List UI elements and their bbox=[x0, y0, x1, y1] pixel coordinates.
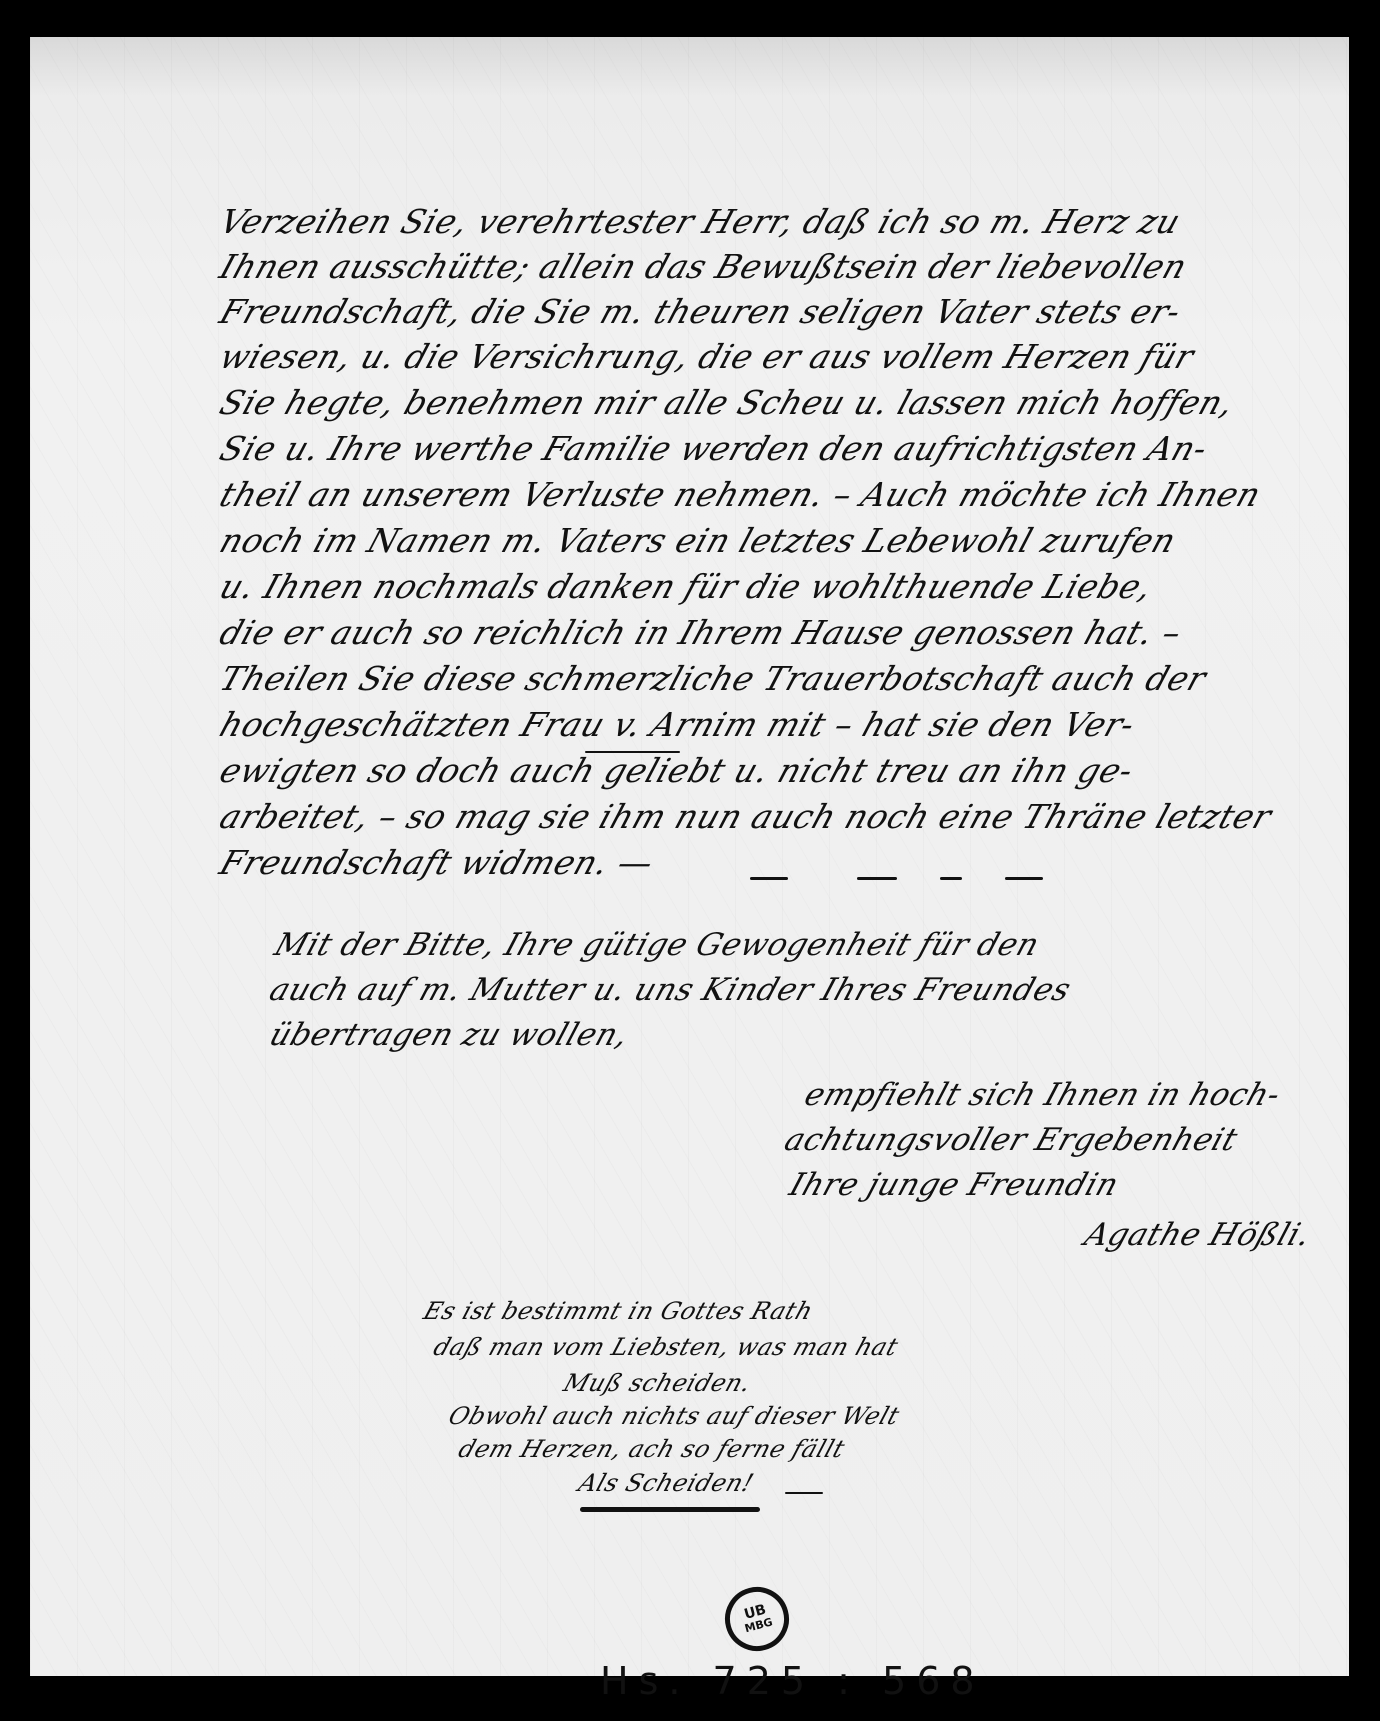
shelfmark: Hs. 725 : 568 bbox=[600, 1659, 985, 1703]
signature-line: empfiehlt sich Ihnen in hoch- bbox=[800, 1077, 1285, 1113]
letter-page: Verzeihen Sie, verehrtester Herr, daß ic… bbox=[30, 37, 1349, 1676]
underline-arnim bbox=[585, 751, 680, 753]
body-line: ewigten so doch auch geliebt u. nicht tr… bbox=[215, 751, 1139, 790]
poem-line: Es ist bestimmt in Gottes Rath bbox=[420, 1297, 817, 1325]
body-line: wiesen, u. die Versichrung, die er aus v… bbox=[215, 337, 1199, 376]
poem-line: Muß scheiden. bbox=[560, 1369, 755, 1397]
dash bbox=[785, 1492, 823, 1494]
signature-line: achtungsvoller Ergebenheit bbox=[780, 1122, 1242, 1158]
poem-line: Obwohl auch nichts auf dieser Welt bbox=[445, 1402, 903, 1430]
body-line: Freundschaft, die Sie m. theuren seligen… bbox=[215, 292, 1186, 331]
closing-line: Mit der Bitte, Ihre gütige Gewogenheit f… bbox=[270, 927, 1044, 963]
dash bbox=[857, 877, 897, 880]
body-line: Sie u. Ihre werthe Familie werden den au… bbox=[215, 429, 1213, 468]
signature-line: Ihre junge Freundin bbox=[785, 1167, 1123, 1203]
body-line: Theilen Sie diese schmerzliche Trauerbot… bbox=[215, 659, 1211, 698]
body-line: Sie hegte, benehmen mir alle Scheu u. la… bbox=[215, 383, 1239, 422]
dash bbox=[1005, 877, 1043, 880]
body-line: arbeitet, – so mag sie ihm nun auch noch… bbox=[215, 797, 1277, 836]
dash bbox=[940, 877, 962, 880]
library-stamp: UB MBG bbox=[718, 1580, 796, 1658]
body-line: die er auch so reichlich in Ihrem Hause … bbox=[215, 613, 1187, 652]
dash bbox=[750, 877, 788, 880]
poem-underline bbox=[580, 1507, 760, 1512]
poem-line: Als Scheiden! bbox=[575, 1469, 757, 1497]
signature-name: Agathe Hößli. bbox=[1080, 1217, 1316, 1253]
body-line: theil an unserem Verluste nehmen. – Auch… bbox=[215, 475, 1266, 514]
body-line: u. Ihnen nochmals danken für die wohlthu… bbox=[215, 567, 1158, 606]
closing-line: auch auf m. Mutter u. uns Kinder Ihres F… bbox=[265, 972, 1075, 1008]
closing-line: übertragen zu wollen, bbox=[265, 1017, 633, 1053]
body-line: hochgeschätzten Frau v. Arnim mit – hat … bbox=[215, 705, 1140, 744]
body-line: Ihnen ausschütte; allein das Bewußtsein … bbox=[215, 247, 1192, 286]
poem-line: dem Herzen, ach so ferne fällt bbox=[455, 1435, 848, 1463]
body-line: Verzeihen Sie, verehrtester Herr, daß ic… bbox=[215, 202, 1186, 241]
poem-line: daß man vom Liebsten, was man hat bbox=[430, 1333, 902, 1361]
body-line: noch im Namen m. Vaters ein letztes Lebe… bbox=[215, 521, 1181, 560]
body-line: Freundschaft widmen. — bbox=[215, 843, 659, 882]
